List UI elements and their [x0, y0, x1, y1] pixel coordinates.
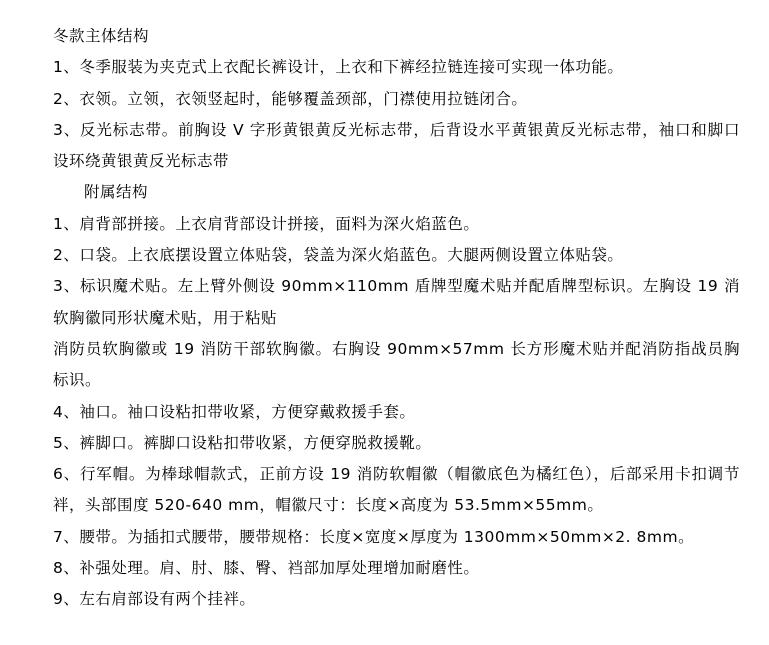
text-line: 袢，头部围度 520-640 mm，帽徽尺寸：长度×高度为 53.5mm×55m… [53, 490, 740, 521]
text-line: 2、衣领。立领，衣领竖起时，能够覆盖颈部，门襟使用拉链闭合。 [53, 84, 740, 115]
section-heading-main-structure: 冬款主体结构 [53, 21, 740, 52]
text-line: 4、袖口。袖口设粘扣带收紧，方便穿戴救援手套。 [53, 397, 740, 428]
text-line: 软胸徽同形状魔术贴，用于粘贴 [53, 303, 740, 334]
text-line: 消防员软胸徽或 19 消防干部软胸徽。右胸设 90mm×57mm 长方形魔术贴并… [53, 334, 740, 365]
text-line: 6、行军帽。为棒球帽款式，正前方设 19 消防软帽徽（帽徽底色为橘红色），后部采… [53, 459, 740, 490]
text-line: 5、裤脚口。裤脚口设粘扣带收紧，方便穿脱救援靴。 [53, 428, 740, 459]
text-line: 标识。 [53, 365, 740, 396]
text-line: 7、腰带。为插扣式腰带，腰带规格：长度×宽度×厚度为 1300mm×50mm×2… [53, 522, 740, 553]
text-line: 3、标识魔术贴。左上臂外侧设 90mm×110mm 盾牌型魔术贴并配盾牌型标识。… [53, 271, 740, 302]
text-line: 1、冬季服装为夹克式上衣配长裤设计，上衣和下裤经拉链连接可实现一体功能。 [53, 52, 740, 83]
text-line: 1、肩背部拼接。上衣肩背部设计拼接，面料为深火焰蓝色。 [53, 209, 740, 240]
document-page: 冬款主体结构 1、冬季服装为夹克式上衣配长裤设计，上衣和下裤经拉链连接可实现一体… [0, 0, 769, 645]
section-heading-accessory-structure: 附属结构 [53, 177, 740, 208]
text-line: 2、口袋。上衣底摆设置立体贴袋，袋盖为深火焰蓝色。大腿两侧设置立体贴袋。 [53, 240, 740, 271]
text-line: 9、左右肩部设有两个挂袢。 [53, 584, 740, 615]
text-line: 3、反光标志带。前胸设 V 字形黄银黄反光标志带，后背设水平黄银黄反光标志带，袖… [53, 115, 740, 146]
text-line: 设环绕黄银黄反光标志带 [53, 146, 740, 177]
text-line: 8、补强处理。肩、肘、膝、臀、裆部加厚处理增加耐磨性。 [53, 553, 740, 584]
